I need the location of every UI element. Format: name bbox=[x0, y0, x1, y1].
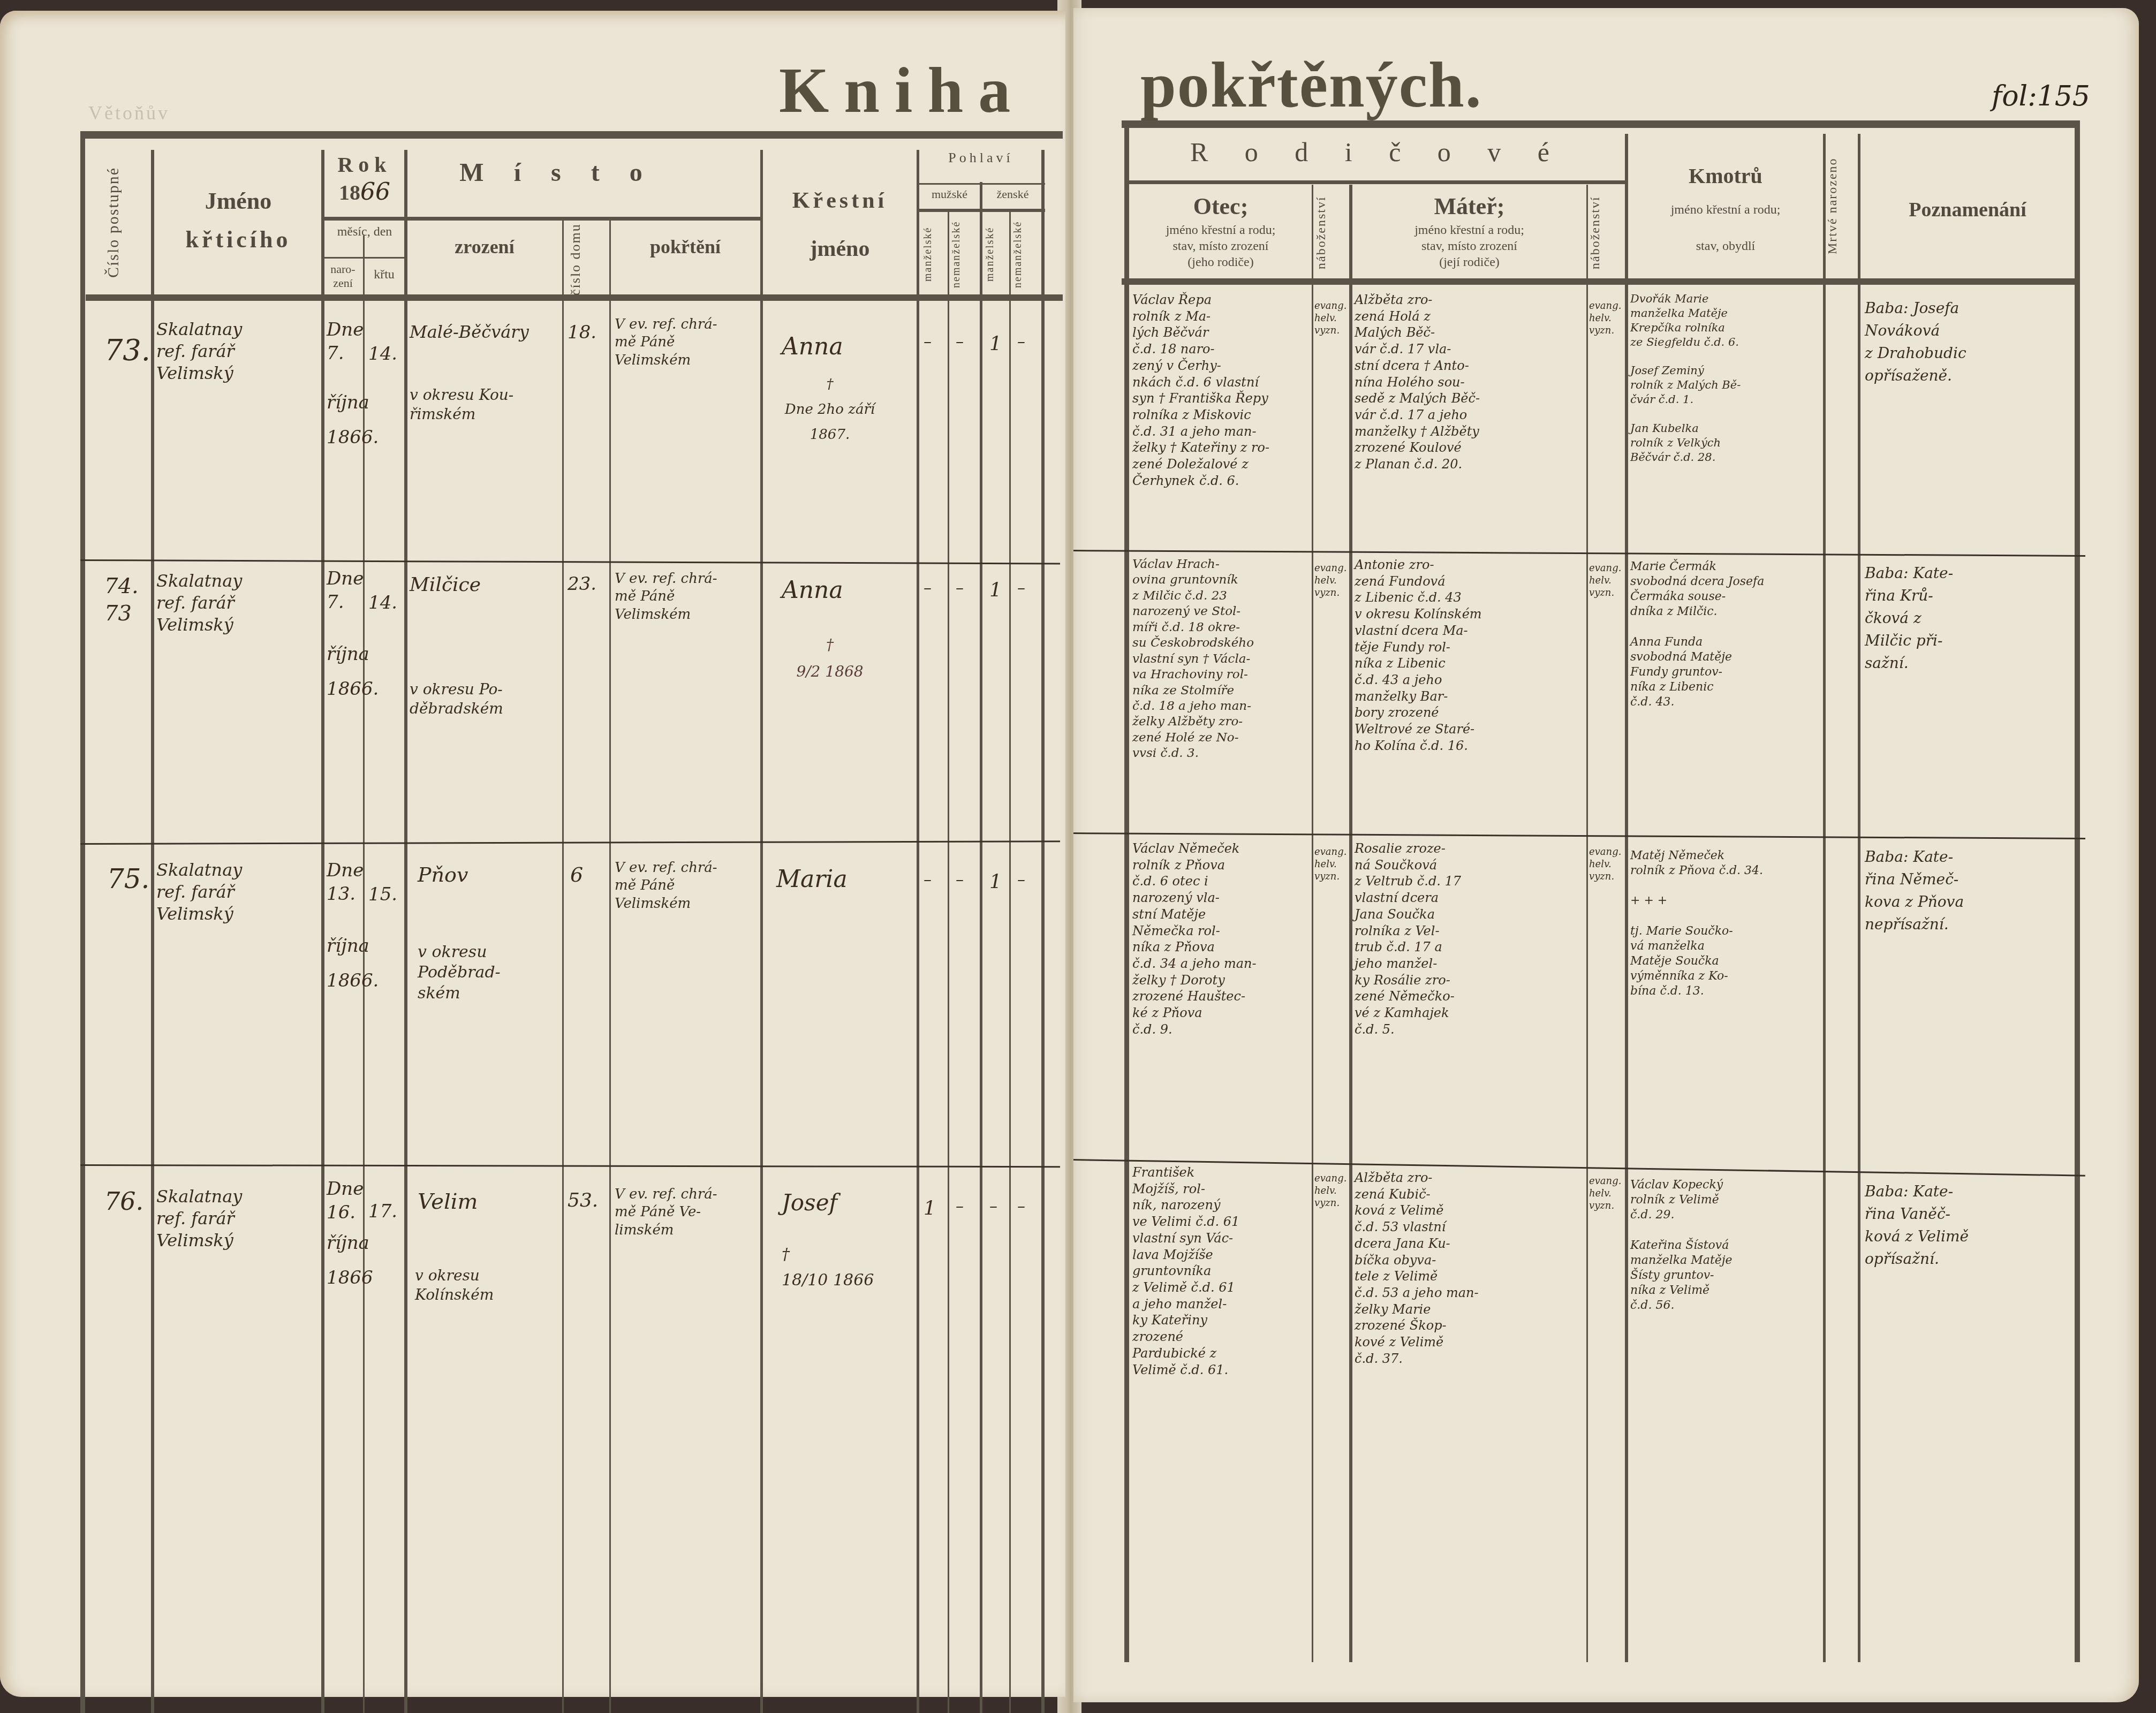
rok-value: 1866 bbox=[324, 177, 405, 207]
col-line bbox=[1586, 185, 1588, 1662]
entry-father-religion: evang. helv. vyzn. bbox=[1314, 562, 1346, 599]
sex-f-legit: 1 bbox=[989, 578, 1002, 603]
rok-handwritten-year: 66 bbox=[360, 178, 390, 206]
header-kmotru: Kmotrů bbox=[1628, 163, 1823, 188]
header-mrtve-narozeno: Mrtvé narozeno bbox=[1826, 137, 1858, 276]
rodicove-rule bbox=[1127, 180, 1628, 184]
header-jmeno-krestni: jméno bbox=[763, 225, 917, 273]
entry-mother-religion: evang. helv. vyzn. bbox=[1589, 846, 1621, 883]
entry-father: Václav Hrach- ovina gruntovník z Milčic … bbox=[1132, 557, 1254, 762]
sex-m-legit: – bbox=[924, 578, 932, 598]
entry-district: v okresu Kou- řimském bbox=[410, 385, 513, 424]
entry-baptism-place: V ev. ref. chrá- mě Páně Ve- limském bbox=[615, 1186, 717, 1239]
entry-baptism-place: V ev. ref. chrá- mě Páně Velimském bbox=[615, 316, 717, 369]
entry-baptism-place: V ev. ref. chrá- mě Páně Velimském bbox=[615, 570, 717, 624]
sex-f-illegit: – bbox=[1017, 332, 1025, 352]
ghost-bleedthrough-text: Větoňův bbox=[88, 102, 170, 124]
header-m-manzelske: manželské bbox=[922, 214, 948, 294]
entry-mother: Alžběta zro- zená Holá z Malých Běč- vár… bbox=[1355, 292, 1480, 473]
entry-mother-religion: evang. helv. vyzn. bbox=[1589, 562, 1621, 599]
misto-rule bbox=[407, 217, 760, 221]
rok-prefix: 18 bbox=[339, 180, 360, 204]
header-mater-sub: jméno křestní a rodu; stav, místo zrozen… bbox=[1352, 222, 1586, 270]
entry-father: František Mojžíš, rol- ník, narozený ve … bbox=[1132, 1164, 1239, 1378]
col-line bbox=[1009, 209, 1011, 1713]
entry-birthplace: Pňov bbox=[418, 862, 468, 888]
header-krticiho: křticího bbox=[155, 221, 321, 259]
entry-number: 75. bbox=[107, 862, 150, 896]
header-z-nemanzelske: nemanželské bbox=[1012, 214, 1041, 294]
entry-birth-day: Dne 7. bbox=[327, 567, 364, 614]
entry-mother-religion: evang. helv. vyzn. bbox=[1589, 300, 1621, 337]
col-line bbox=[151, 150, 154, 1713]
entry-birth-day: Dne 16. bbox=[327, 1178, 364, 1224]
col-line bbox=[1041, 150, 1045, 1713]
entry-baptism-place: V ev. ref. chrá- mě Páně Velimském bbox=[615, 859, 717, 913]
header-otec-nabozenstvi: náboženství bbox=[1314, 190, 1349, 276]
header-zenske: ženské bbox=[982, 187, 1043, 201]
entry-godparents: Václav Kopecký rolník z Velimě č.d. 29. … bbox=[1630, 1178, 1733, 1313]
header-narozeni: naro- zení bbox=[323, 262, 363, 290]
right-top-rule bbox=[1122, 120, 2080, 128]
entry-remarks: Baba: Josefa Nováková z Drahobudic opřís… bbox=[1865, 297, 1966, 387]
right-frame-right bbox=[2075, 120, 2080, 1662]
entry-remarks: Baba: Kate- řina Němeč- kova z Pňova nep… bbox=[1865, 846, 1964, 936]
entry-birth-day: Dne 7. bbox=[327, 319, 364, 365]
sex-m-legit: – bbox=[924, 870, 932, 890]
entry-death-note: † 18/10 1866 bbox=[782, 1242, 874, 1293]
row-separator bbox=[1073, 550, 2085, 557]
entry-baptizer: Skalatnay ref. farář Velimský bbox=[156, 570, 242, 636]
header-krtu: křtu bbox=[364, 268, 404, 282]
entry-mother: Antonie zro- zená Fundová z Libenic č.d.… bbox=[1355, 557, 1482, 754]
header-rodicove: R o d i č o v é bbox=[1130, 137, 1625, 168]
header-kmotru-sub: jméno křestní a rodu; stav, obydlí bbox=[1628, 201, 1823, 255]
sex-f-legit: 1 bbox=[989, 332, 1002, 357]
header-cislo-postupne: Číslo postupné bbox=[104, 150, 137, 294]
entry-baptism-day: 15. bbox=[368, 883, 397, 907]
rok-rule bbox=[321, 217, 407, 221]
header-pohlavi: Pohlaví bbox=[919, 150, 1042, 166]
entry-given-name: Josef bbox=[782, 1188, 837, 1217]
header-mater: Máteř; bbox=[1352, 193, 1586, 220]
entry-house-number: 18. bbox=[568, 321, 596, 345]
header-cislo-domu: číslo domu bbox=[568, 222, 608, 297]
entry-number: 76. bbox=[104, 1186, 143, 1217]
sex-m-legit: – bbox=[924, 332, 932, 352]
header-zrozeni: zrození bbox=[407, 236, 562, 258]
entry-number: 73. bbox=[104, 332, 150, 369]
entry-district: v okresu Po- děbradském bbox=[410, 680, 503, 718]
sex-m-illegit: – bbox=[956, 870, 964, 890]
title-left: Kniha bbox=[779, 54, 1025, 127]
header-jmeno: Jméno bbox=[155, 182, 321, 221]
entry-birthplace: Malé-Běčváry bbox=[410, 321, 529, 343]
col-line bbox=[562, 219, 564, 1713]
entry-given-name: Anna bbox=[782, 575, 843, 605]
sex-m-illegit: – bbox=[956, 1196, 964, 1217]
col-line bbox=[1823, 134, 1826, 1662]
entry-month-year: října 1866. bbox=[327, 637, 379, 706]
entry-month-year: října 1866. bbox=[327, 929, 379, 998]
pohlavi-rule bbox=[917, 183, 1045, 185]
muzske-rule bbox=[917, 209, 1045, 212]
right-frame-left bbox=[1124, 120, 1129, 1662]
left-top-rule bbox=[80, 131, 1063, 139]
entry-mother: Rosalie zroze- ná Součková z Veltrub č.d… bbox=[1355, 840, 1461, 1038]
col-line bbox=[760, 150, 763, 1713]
row-separator bbox=[1073, 832, 2085, 839]
entry-baptism-day: 17. bbox=[368, 1200, 397, 1224]
left-page: Větoňův Kniha Číslo postupné Jméno křtic… bbox=[0, 11, 1065, 1697]
entry-birthplace: Velim bbox=[418, 1188, 478, 1216]
col-line bbox=[1625, 134, 1628, 1662]
header-jmeno-krticiho: Jméno křticího bbox=[155, 182, 321, 259]
entry-baptism-day: 14. bbox=[368, 343, 397, 366]
entry-godparents: Dvořák Marie manželka Matěje Krepčíka ro… bbox=[1630, 292, 1741, 465]
header-pokrteni: pokřtění bbox=[610, 236, 760, 258]
col-line bbox=[1349, 185, 1352, 1662]
sex-f-illegit: – bbox=[1017, 1196, 1025, 1217]
header-mater-nabozenstvi: náboženství bbox=[1588, 190, 1624, 276]
col-line bbox=[1858, 134, 1860, 1662]
sex-m-illegit: – bbox=[956, 332, 964, 352]
header-otec: Otec; bbox=[1130, 193, 1312, 220]
entry-month-year: října 1866 bbox=[327, 1226, 373, 1295]
entry-district: v okresu Kolínském bbox=[415, 1266, 494, 1305]
entry-father-religion: evang. helv. vyzn. bbox=[1314, 1172, 1346, 1209]
col-line bbox=[1312, 185, 1313, 1662]
entry-baptizer: Skalatnay ref. farář Velimský bbox=[156, 319, 242, 384]
header-rok: Rok 1866 bbox=[324, 153, 405, 207]
entry-father-religion: evang. helv. vyzn. bbox=[1314, 846, 1346, 883]
right-header-bottom-rule bbox=[1122, 278, 2080, 285]
header-misto: M í s t o bbox=[407, 158, 707, 187]
header-z-manzelske: manželské bbox=[984, 214, 1009, 294]
rok-label: Rok bbox=[324, 153, 405, 177]
entry-birth-day: Dne 13. bbox=[327, 859, 364, 906]
col-line bbox=[609, 219, 611, 1713]
col-line bbox=[321, 150, 324, 1713]
header-otec-sub: jméno křestní a rodu; stav, místo zrozen… bbox=[1130, 222, 1312, 270]
sex-f-legit: – bbox=[989, 1196, 997, 1217]
col-line bbox=[980, 182, 982, 1713]
entry-house-number: 6 bbox=[570, 862, 583, 888]
sex-f-illegit: – bbox=[1017, 578, 1025, 598]
header-poznamenani: Poznamenání bbox=[1860, 198, 2075, 222]
entry-baptism-day: 14. bbox=[368, 592, 397, 615]
entry-remarks: Baba: Kate- řina Vaněč- ková z Velimě op… bbox=[1865, 1180, 1969, 1270]
entry-death-note: † 9/2 1868 bbox=[776, 632, 883, 686]
col-line bbox=[948, 209, 949, 1713]
entry-house-number: 23. bbox=[568, 573, 596, 596]
entry-father: Václav Němeček rolník z Pňova č.d. 6 ote… bbox=[1132, 840, 1257, 1038]
header-m-nemanzelske: nemanželské bbox=[950, 214, 980, 294]
entry-house-number: 53. bbox=[568, 1188, 598, 1213]
entry-godparents: Marie Čermák svobodná dcera Josefa Čermá… bbox=[1630, 559, 1764, 710]
entry-baptizer: Skalatnay ref. farář Velimský bbox=[156, 859, 242, 925]
entry-number: 74. 73 bbox=[104, 573, 139, 627]
entry-father: Václav Řepa rolník z Ma- lých Běčvár č.d… bbox=[1132, 292, 1269, 489]
sex-f-illegit: – bbox=[1017, 870, 1025, 890]
entry-baptizer: Skalatnay ref. farář Velimský bbox=[156, 1186, 242, 1252]
entry-death-note: † Dne 2ho září 1867. bbox=[776, 372, 883, 447]
header-krestni: Křestní bbox=[763, 177, 917, 225]
entry-father-religion: evang. helv. vyzn. bbox=[1314, 300, 1346, 337]
mesic-rule bbox=[321, 257, 407, 259]
title-right: pokřtěných. bbox=[1140, 48, 1482, 122]
entry-remarks: Baba: Kate- řina Krů- čková z Milčic při… bbox=[1865, 562, 1953, 674]
entry-month-year: října 1866. bbox=[327, 385, 379, 454]
col-line bbox=[917, 150, 919, 1713]
entry-district: v okresu Poděbrad- ském bbox=[418, 942, 501, 1004]
header-muzske: mužské bbox=[919, 187, 980, 201]
header-mesic-den: měsíc, den bbox=[324, 225, 405, 239]
sex-f-legit: 1 bbox=[989, 870, 1002, 895]
entry-godparents: Matěj Němeček rolník z Pňova č.d. 34. + … bbox=[1630, 848, 1763, 999]
entry-mother-religion: evang. helv. vyzn. bbox=[1589, 1175, 1621, 1212]
entry-mother: Alžběta zro- zená Kubič- ková z Velimě č… bbox=[1355, 1170, 1479, 1367]
entry-birthplace: Milčice bbox=[410, 573, 481, 597]
right-page: pokřtěných. R o d i č o v é Otec; jméno … bbox=[1073, 8, 2139, 1702]
sex-m-legit: 1 bbox=[924, 1196, 936, 1221]
col-line bbox=[404, 150, 407, 1713]
header-krestni-jmeno: Křestní jméno bbox=[763, 177, 917, 273]
entry-given-name: Maria bbox=[776, 865, 848, 895]
sex-m-illegit: – bbox=[956, 578, 964, 598]
entry-given-name: Anna bbox=[782, 332, 843, 362]
folio-number: fol:155 bbox=[1992, 80, 2090, 112]
